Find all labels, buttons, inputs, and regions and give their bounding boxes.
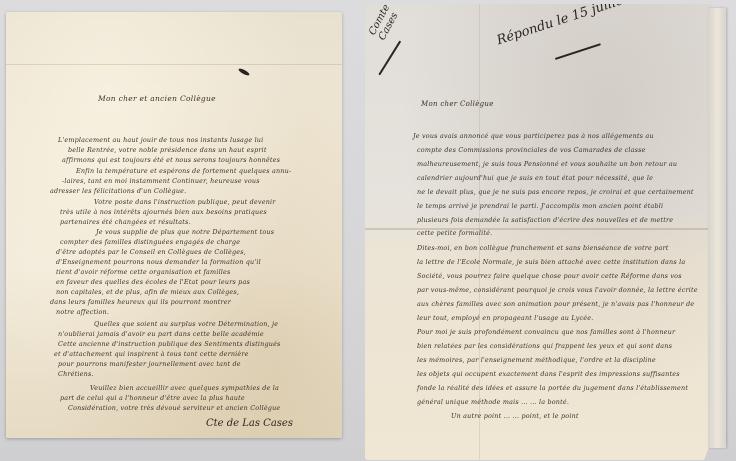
letter-line: ne le devait plus, que je ne suis pas en… bbox=[417, 188, 694, 196]
left-letter-sheet: Mon cher et ancien Collègue L'emplacemen… bbox=[6, 12, 342, 438]
folded-page-edge bbox=[708, 8, 726, 448]
letter-line: plusieurs fois demandée la satisfaction … bbox=[417, 216, 673, 224]
letter-line: partenaires été changées et résultats. bbox=[60, 218, 191, 226]
letter-line: fonde la réalité des idées et assure la … bbox=[417, 384, 688, 392]
underline-stroke bbox=[555, 43, 601, 59]
letter-line: très utile à nos intérêts ajournés bien … bbox=[60, 208, 267, 216]
letter-line: en faveur des quelles des écoles de l'Et… bbox=[56, 278, 250, 286]
left-salutation: Mon cher et ancien Collègue bbox=[98, 94, 216, 103]
letter-line: Veuillez bien accueillir avec quelques s… bbox=[90, 384, 279, 392]
ink-blot bbox=[238, 67, 250, 76]
letter-line: le temps arrivé je prendrai le parti. J'… bbox=[417, 202, 663, 210]
letter-line: général unique méthode mais ... ... la b… bbox=[417, 398, 569, 406]
letter-line: Cette ancienne d'instruction publique de… bbox=[58, 340, 281, 348]
letter-line: tient d'avoir réforme cette organisation… bbox=[56, 268, 231, 276]
annotation-reply-date: Répondu le 15 juillet bbox=[495, 4, 630, 48]
letter-line: L'emplacement au haut jouir de tous nos … bbox=[58, 136, 263, 144]
letter-line: compte des Commissions provinciales de v… bbox=[417, 146, 646, 154]
letter-line: cette petite formalité. bbox=[417, 229, 492, 237]
letter-line: compter des familles distinguées engagés… bbox=[60, 238, 240, 246]
signature: Cte de Las Cases bbox=[206, 418, 293, 429]
right-salutation: Mon cher Collègue bbox=[421, 100, 494, 108]
letter-line: d'être adoptés par le Conseil en Collègu… bbox=[56, 248, 246, 256]
letter-line: et d'attachement qui inspirent à tous ta… bbox=[54, 350, 249, 358]
letter-line: calendrier aujourd'hui que je suis en to… bbox=[417, 174, 653, 182]
letter-line: Enfin la température et espérons de fort… bbox=[76, 167, 291, 175]
letter-line: Dites-moi, en bon collègue franchement e… bbox=[417, 244, 669, 252]
letter-line: Société, vous pourrez faire quelque chos… bbox=[417, 272, 682, 280]
letter-line: dans leurs familles heureux qui ils pour… bbox=[50, 298, 231, 306]
letter-line: part de celui qui a l'honneur d'être ave… bbox=[60, 394, 245, 402]
letter-line: notre affection. bbox=[56, 308, 109, 316]
letter-line: Quelles que soient au surplus votre Déte… bbox=[94, 320, 278, 328]
letter-line: leur tout, employé en propageant l'usage… bbox=[417, 314, 593, 322]
letter-line: belle Rentrée, votre noble présidence da… bbox=[68, 146, 267, 154]
letter-line: non capitales, et de plus, afin de mieux… bbox=[56, 288, 239, 296]
letter-line: la lettre de l'Ecole Normale, je suis bi… bbox=[417, 258, 685, 266]
letter-line: par vous-même, considérant pourquoi je c… bbox=[417, 286, 698, 294]
letter-line: pour pourrons manifester journellement a… bbox=[58, 360, 241, 368]
underline-stroke bbox=[378, 40, 401, 75]
letter-line: d'Enseignement pourrons nous demander la… bbox=[56, 258, 261, 266]
letter-line: aux chères familles avec son animation p… bbox=[417, 300, 694, 308]
letter-line: Je vous avais annoncé que vous participe… bbox=[413, 132, 654, 140]
letter-line: -laires, tant en moi instamment Continue… bbox=[62, 177, 260, 185]
letter-line: Je vous supplie de plus que notre Départ… bbox=[96, 228, 274, 236]
letter-line: adresser les félicitations d'un Collègue… bbox=[50, 187, 186, 195]
letter-line: n'oublierai jamais d'avoir eu part dans … bbox=[58, 330, 264, 338]
letter-line: bien relatées par les considérations qui… bbox=[417, 342, 672, 350]
letter-line: Pour moi je suis profondément convaincu … bbox=[417, 328, 675, 336]
letter-line: les objets qui occupent exactement dans … bbox=[417, 370, 680, 378]
right-letter-sheet: Comte de Las Cases Répondu le 15 juillet… bbox=[365, 4, 711, 460]
letter-line: les mémoires, par l'enseignement méthodi… bbox=[417, 356, 656, 364]
letter-line: Considération, votre très dévoué servite… bbox=[68, 404, 280, 412]
letter-line: Chrétiens. bbox=[58, 370, 94, 378]
letter-line: Votre poste dans l'instruction publique,… bbox=[94, 198, 276, 206]
annotation-sender: Comte de Las Cases bbox=[367, 4, 419, 42]
letter-line: affirmons qui est toujours été et nous s… bbox=[62, 156, 280, 164]
letter-line: Un autre point ... ... point, et le poin… bbox=[451, 412, 579, 420]
letter-line: malheureusement, je suis tous Pensionné … bbox=[417, 160, 677, 168]
